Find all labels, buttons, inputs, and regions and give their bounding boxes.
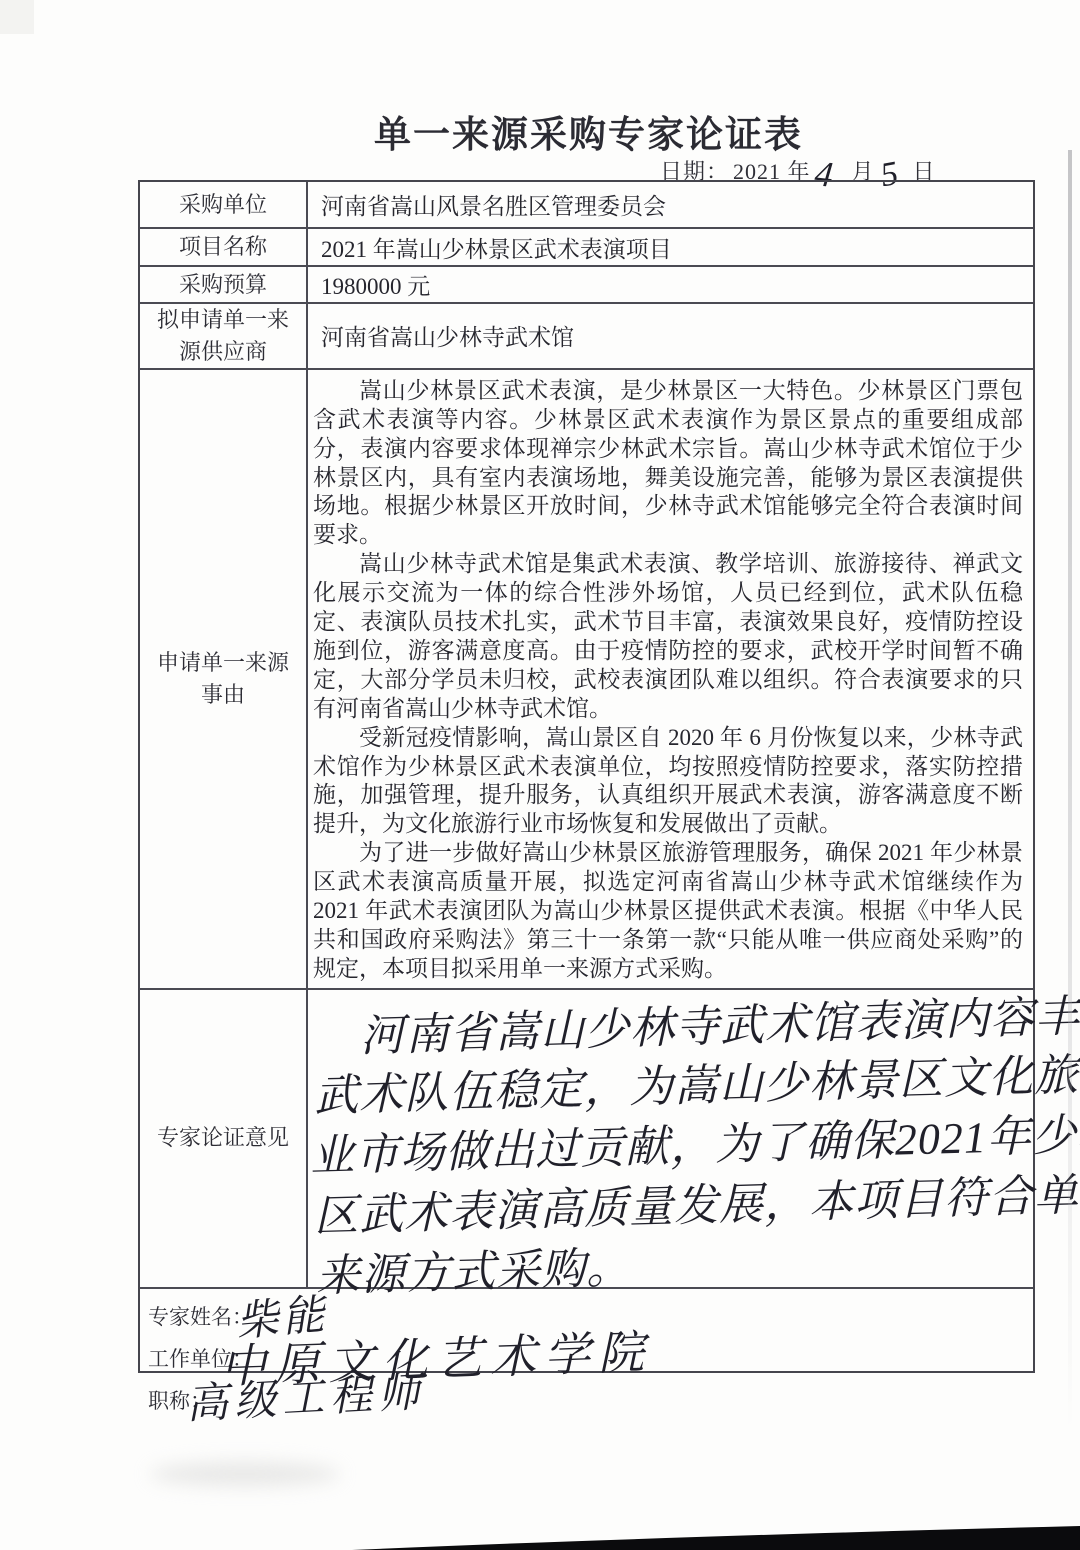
scanned-document-page: 单一来源采购专家论证表 日期：2021 年4月5日 采购单位 河南省嵩山风景名胜… <box>0 0 1080 1550</box>
scan-bottom-shadow <box>0 0 1080 1550</box>
